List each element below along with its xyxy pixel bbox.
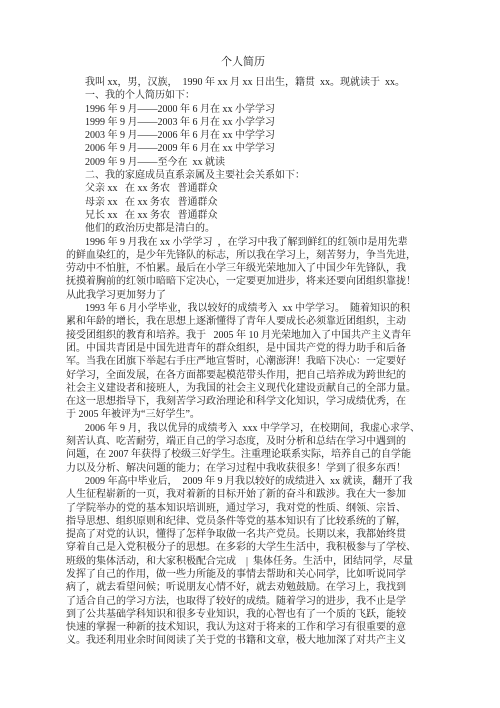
text-line: 刻苦认真、吃苦耐劳，端正自己的学习态度，及时分析和总结在学习中遇到的 [66,435,420,448]
text-line: 2006 年 9 月，我以优异的成绩考入 xxx 中学学习，在校期间，我虚心求学… [66,422,420,435]
text-line: 人生征程崭新的一页，我对着新的目标开始了新的奋斗和跋涉。我在大一参加 [66,488,420,501]
document-title: 个人简历 [66,55,420,69]
text-line: 好学习，全面发展，在各方面都要起模范带头作用，把自己培养成为跨世纪的 [66,369,420,382]
text-line: 病了，就去看望问候；听说朋友心情不好，就去劝勉鼓励。在学习上，我找到 [66,581,420,594]
text-line: 班级的集体活动，和大家积极配合完成 | 集体任务。生活中，团结同学，尽量 [66,555,420,568]
text-line: 于 2005 年被评为“三好学生”。 [66,408,420,421]
text-line: 1996 年 9 月——2000 年 6 月在 xx 小学学习 [66,103,420,116]
text-line: 的鲜血染红的，是少年先锋队的标志，所以我在学习上，刻苦努力，争当先进， [66,249,420,262]
text-line: 社会主义建设者和接班人，为我国的社会主义现代化建设贡献自己的全部力量。 [66,382,420,395]
text-line: 穿着自己是入党积极分子的思想。在多彩的大学生生活中，我积极参与了学校、 [66,541,420,554]
text-line: 2003 年 9 月——2006 年 6 月在 xx 中学学习 [66,129,420,142]
text-line: 义。我还利用业余时间阅读了关于党的书籍和文章，极大地加深了对共产主义 [66,634,420,647]
text-line: 团。中国共青团是中国先进青年的群众组织，是中国共产党的得力助手和后备 [66,342,420,355]
text-line: 二、我的家庭成员直系亲属及主要社会关系如下： [66,169,420,182]
text-line: 提高了对党的认识，懂得了怎样争取做一名共产党员。长期以来，我都始终贯 [66,528,420,541]
text-line: 了适合自己的学习方法，也取得了较好的成绩。随着学习的进步，我不止是学 [66,595,420,608]
text-line: 母亲 xx 在 xx 务农 普通群众 [66,196,420,209]
text-line: 力以及分析、解决问题的能力；在学习过程中我收获很多！学到了很多东西！ [66,462,420,475]
text-line: 1993 年 6 月小学毕业，我以较好的成绩考入 xx 中学学习。 随着知识的积 [66,302,420,315]
text-line: 我叫 xx，男，汉族， 1990 年 xx 月 xx 日出生，籍贯 xx。现就读… [66,76,420,89]
text-line: 2009 年高中毕业后， 2009 年 9 月我以较好的成绩进入 xx 就读，翻… [66,475,420,488]
text-line: 快速的掌握一种新的技术知识，我认为这对于将来的工作和学习有很重要的意 [66,621,420,634]
text-line: 在这一思想指导下，我刻苦学习政治理论和科学文化知识，学习成绩优秀，在 [66,395,420,408]
text-line: 劳动中不怕脏，不怕累。最后在小学三年级光荣地加入了中国少年先锋队，我 [66,262,420,275]
document-body: 我叫 xx，男，汉族， 1990 年 xx 月 xx 日出生，籍贯 xx。现就读… [66,76,420,648]
text-line: 了学院举办的党的基本知识培训班，通过学习，我对党的性质、纲领、宗旨、 [66,502,420,515]
text-line: 从此我学习更加努力了 [66,289,420,302]
text-line: 问题，在 2007 年获得了校级三好学生。注重理论联系实际，培养自己的自学能 [66,448,420,461]
text-line: 1996 年 9 月我在 xx 小学学习 ，在学习中我了解到鲜红的红领巾是用先辈 [66,236,420,249]
text-line: 军。当我在团旗下举起右手庄严地宣誓时，心潮澎湃！我暗下决心：一定要好 [66,355,420,368]
text-line: 2006 年 9 月——2009 年 6 月在 xx 中学学习 [66,142,420,155]
document-page: 个人简历 我叫 xx，男，汉族， 1990 年 xx 月 xx 日出生，籍贯 x… [0,0,500,708]
text-line: 一、我的个人简历如下： [66,89,420,102]
text-line: 累和年龄的增长，我在思想上逐渐懂得了青年人要成长必须靠近团组织，主动 [66,315,420,328]
text-line: 2009 年 9 月——至今在 xx 就读 [66,156,420,169]
text-line: 父亲 xx 在 xx 务农 普通群众 [66,182,420,195]
text-line: 指导思想、组织原则和纪律、党员条件等党的基本知识有了比较系统的了解， [66,515,420,528]
text-line: 1999 年 9 月——2003 年 6 月在 xx 小学学习 [66,116,420,129]
text-line: 到了公共基础学科知识和很多专业知识，我的心智也有了一个质的飞跃，能较 [66,608,420,621]
text-line: 他们的政治历史都是清白的。 [66,222,420,235]
text-line: 发挥了自己的作用，做一些力所能及的事情去帮助和关心同学，比如听说同学 [66,568,420,581]
text-line: 抚摸着胸前的红领巾暗暗下定决心，一定要更加进步，将来还要向团组织靠拢！ [66,275,420,288]
text-line: 接受团组织的教育和培养。我于 2005 年 10 月光荣地加入了中国共产主义青年 [66,329,420,342]
text-line: 兄长 xx 在 xx 务农 普通群众 [66,209,420,222]
